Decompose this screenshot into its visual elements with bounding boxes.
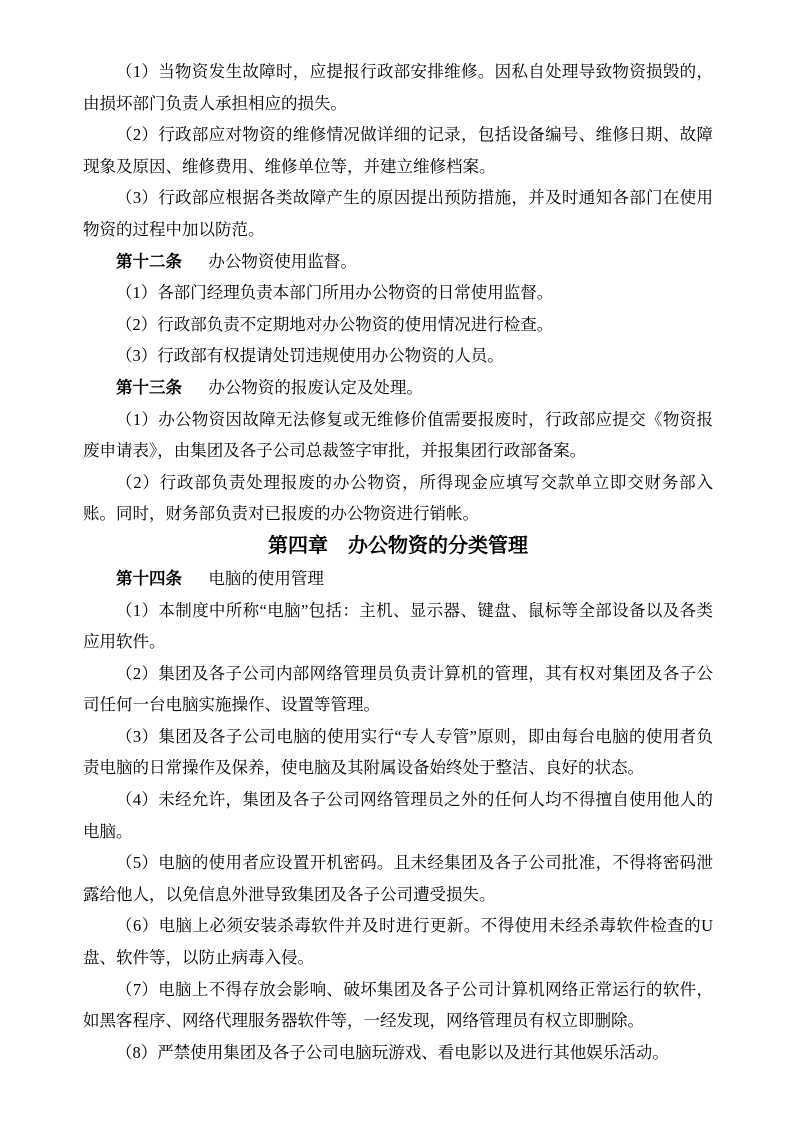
clause-heading: 第十四条电脑的使用管理 [83, 563, 713, 595]
paragraph: （4）未经允许，集团及各子公司网络管理员之外的任何人均不得擅自使用他人的电脑。 [83, 784, 713, 847]
paragraph: （2）集团及各子公司内部网络管理员负责计算机的管理，其有权对集团及各子公司任何一… [83, 658, 713, 721]
paragraph: （2）行政部应对物资的维修情况做详细的记录，包括设备编号、维修日期、故障现象及原… [83, 119, 713, 182]
paragraph: （2）行政部负责处理报废的办公物资，所得现金应填写交款单立即交财务部入账。同时，… [83, 467, 713, 530]
paragraph: （5）电脑的使用者应设置开机密码。且未经集团及各子公司批准，不得将密码泄露给他人… [83, 847, 713, 910]
document-page: （1）当物资发生故障时，应提报行政部安排维修。因私自处理导致物资损毁的，由损坏部… [0, 0, 793, 1122]
clause-title: 电脑的使用管理 [208, 569, 324, 588]
paragraph: （3）行政部有权提请处罚违规使用办公物资的人员。 [83, 340, 713, 372]
paragraph: （1）当物资发生故障时，应提报行政部安排维修。因私自处理导致物资损毁的，由损坏部… [83, 56, 713, 119]
paragraph: （2）行政部负责不定期地对办公物资的使用情况进行检查。 [83, 309, 713, 341]
clause-title: 办公物资使用监督。 [208, 252, 357, 271]
clause-number: 第十二条 [116, 252, 182, 271]
document-content: （1）当物资发生故障时，应提报行政部安排维修。因私自处理导致物资损毁的，由损坏部… [83, 56, 713, 1068]
paragraph: （1）本制度中所称“电脑”包括：主机、显示器、键盘、鼠标等全部设备以及各类应用软… [83, 595, 713, 658]
paragraph: （3）行政部应根据各类故障产生的原因提出预防措施，并及时通知各部门在使用物资的过… [83, 182, 713, 245]
clause-title: 办公物资的报废认定及处理。 [208, 378, 423, 397]
clause-heading: 第十二条办公物资使用监督。 [83, 246, 713, 278]
paragraph: （6）电脑上必须安装杀毒软件并及时进行更新。不得使用未经杀毒软件检查的U盘、软件… [83, 910, 713, 973]
paragraph: （3）集团及各子公司电脑的使用实行“专人专管”原则，即由每台电脑的使用者负责电脑… [83, 721, 713, 784]
chapter-heading: 第四章 办公物资的分类管理 [83, 530, 713, 563]
clause-number: 第十三条 [116, 378, 182, 397]
paragraph: （7）电脑上不得存放会影响、破坏集团及各子公司计算机网络正常运行的软件，如黑客程… [83, 974, 713, 1037]
clause-heading: 第十三条办公物资的报废认定及处理。 [83, 372, 713, 404]
paragraph: （8）严禁使用集团及各子公司电脑玩游戏、看电影以及进行其他娱乐活动。 [83, 1037, 713, 1069]
paragraph: （1）办公物资因故障无法修复或无维修价值需要报废时，行政部应提交《物资报废申请表… [83, 404, 713, 467]
clause-number: 第十四条 [116, 569, 182, 588]
paragraph: （1）各部门经理负责本部门所用办公物资的日常使用监督。 [83, 277, 713, 309]
